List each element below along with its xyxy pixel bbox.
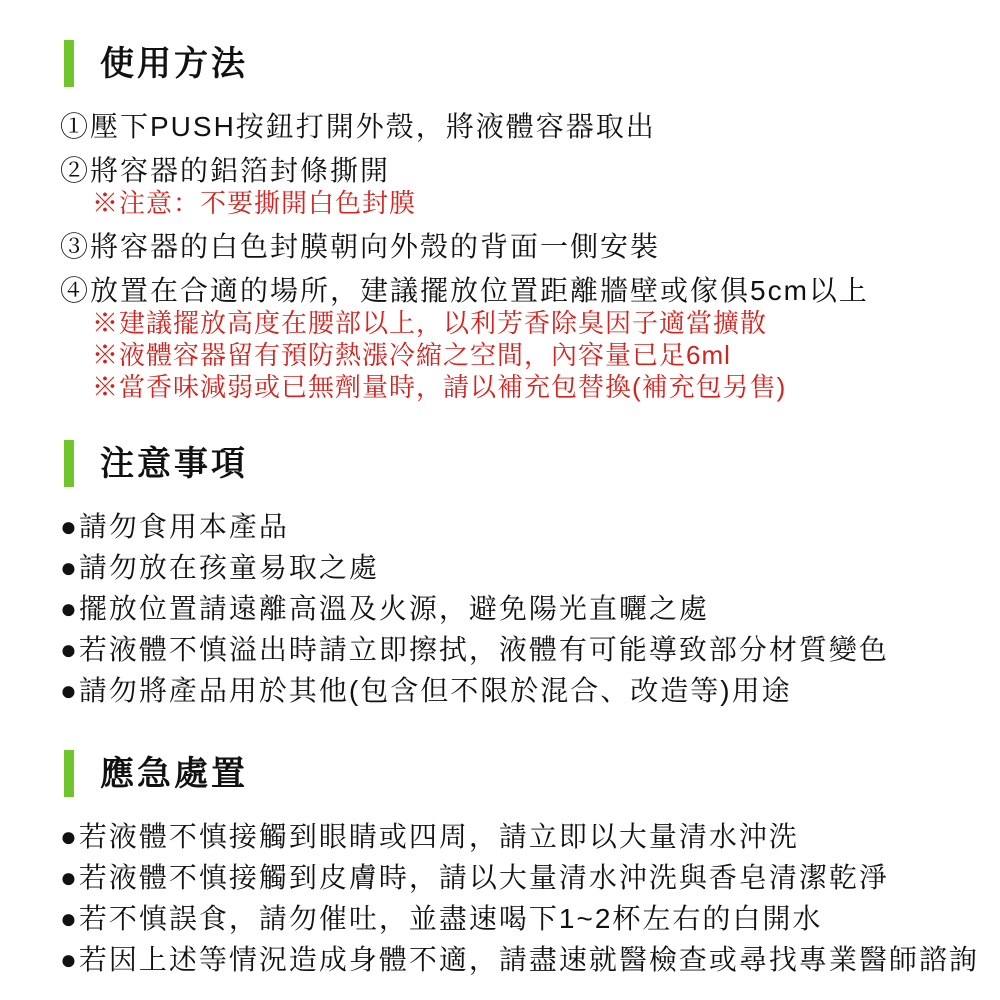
- bullet-icon: ●: [60, 553, 79, 583]
- green-bar-icon: [64, 440, 74, 487]
- green-bar-icon: [64, 750, 74, 797]
- section-precautions-header: 注意事項: [64, 438, 970, 488]
- bullet-icon: ●: [60, 822, 79, 852]
- usage-steps: ①壓下PUSH按鈕打開外殼，將液體容器取出 ②將容器的鋁箔封條撕開 ※注意：不要…: [60, 112, 970, 402]
- warning-note: ※當香味減弱或已無劑量時，請以補充包替換(補充包另售): [92, 372, 970, 402]
- list-item: ●擺放位置請遠離高溫及火源，避免陽光直曬之處: [60, 594, 970, 624]
- green-bar-icon: [64, 40, 74, 87]
- section-title: 注意事項: [100, 445, 248, 481]
- bullet-icon: ●: [60, 635, 79, 665]
- precaution-list: ●請勿食用本產品 ●請勿放在孩童易取之處 ●擺放位置請遠離高溫及火源，避免陽光直…: [60, 512, 970, 706]
- instruction-document: 使用方法 ①壓下PUSH按鈕打開外殼，將液體容器取出 ②將容器的鋁箔封條撕開 ※…: [0, 0, 1000, 1000]
- list-item: ●請勿將產品用於其他(包含但不限於混合、改造等)用途: [60, 676, 970, 706]
- bullet-icon: ●: [60, 512, 79, 542]
- list-item-text: 若液體不慎溢出時請立即擦拭，液體有可能導致部分材質變色: [79, 634, 889, 665]
- section-usage: 使用方法 ①壓下PUSH按鈕打開外殼，將液體容器取出 ②將容器的鋁箔封條撕開 ※…: [60, 38, 970, 402]
- warning-note: ※建議擺放高度在腰部以上，以利芳香除臭因子適當擴散: [92, 308, 970, 338]
- list-item-text: 若液體不慎接觸到皮膚時，請以大量清水沖洗與香皂清潔乾淨: [79, 862, 889, 893]
- list-item: ●若不慎誤食，請勿催吐，並盡速喝下1~2杯左右的白開水: [60, 904, 970, 934]
- list-item-text: 請勿將產品用於其他(包含但不限於混合、改造等)用途: [79, 675, 792, 706]
- list-item: ●若液體不慎接觸到皮膚時，請以大量清水沖洗與香皂清潔乾淨: [60, 863, 970, 893]
- section-emergency: 應急處置 ●若液體不慎接觸到眼睛或四周，請立即以大量清水沖洗 ●若液體不慎接觸到…: [60, 748, 970, 975]
- section-title: 使用方法: [100, 45, 248, 81]
- bullet-icon: ●: [60, 904, 79, 934]
- list-item-text: 請勿放在孩童易取之處: [79, 552, 379, 583]
- section-precautions: 注意事項 ●請勿食用本產品 ●請勿放在孩童易取之處 ●擺放位置請遠離高溫及火源，…: [60, 438, 970, 706]
- step-item-2: ②將容器的鋁箔封條撕開: [60, 156, 970, 186]
- bullet-icon: ●: [60, 676, 79, 706]
- list-item: ●若液體不慎接觸到眼睛或四周，請立即以大量清水沖洗: [60, 822, 970, 852]
- warning-note: ※液體容器留有預防熱漲冷縮之空間，內容量已足6ml: [92, 340, 970, 370]
- section-usage-header: 使用方法: [64, 38, 970, 88]
- list-item-text: 擺放位置請遠離高溫及火源，避免陽光直曬之處: [79, 593, 709, 624]
- emergency-list: ●若液體不慎接觸到眼睛或四周，請立即以大量清水沖洗 ●若液體不慎接觸到皮膚時，請…: [60, 822, 970, 975]
- list-item: ●請勿放在孩童易取之處: [60, 553, 970, 583]
- list-item-text: 若不慎誤食，請勿催吐，並盡速喝下1~2杯左右的白開水: [79, 903, 823, 934]
- bullet-icon: ●: [60, 945, 79, 975]
- list-item: ●請勿食用本產品: [60, 512, 970, 542]
- section-emergency-header: 應急處置: [64, 748, 970, 798]
- bullet-icon: ●: [60, 863, 79, 893]
- warning-note: ※注意：不要撕開白色封膜: [92, 188, 970, 218]
- section-title: 應急處置: [100, 755, 248, 791]
- list-item-text: 若因上述等情況造成身體不適，請盡速就醫檢查或尋找專業醫師諮詢: [79, 944, 979, 975]
- step-item-3: ③將容器的白色封膜朝向外殼的背面一側安裝: [60, 232, 970, 262]
- list-item: ●若液體不慎溢出時請立即擦拭，液體有可能導致部分材質變色: [60, 635, 970, 665]
- step-item-4: ④放置在合適的場所，建議擺放位置距離牆壁或傢俱5cm以上: [60, 276, 970, 306]
- list-item-text: 若液體不慎接觸到眼睛或四周，請立即以大量清水沖洗: [79, 821, 799, 852]
- list-item: ●若因上述等情況造成身體不適，請盡速就醫檢查或尋找專業醫師諮詢: [60, 945, 970, 975]
- bullet-icon: ●: [60, 594, 79, 624]
- step-item-1: ①壓下PUSH按鈕打開外殼，將液體容器取出: [60, 112, 970, 142]
- list-item-text: 請勿食用本產品: [79, 511, 289, 542]
